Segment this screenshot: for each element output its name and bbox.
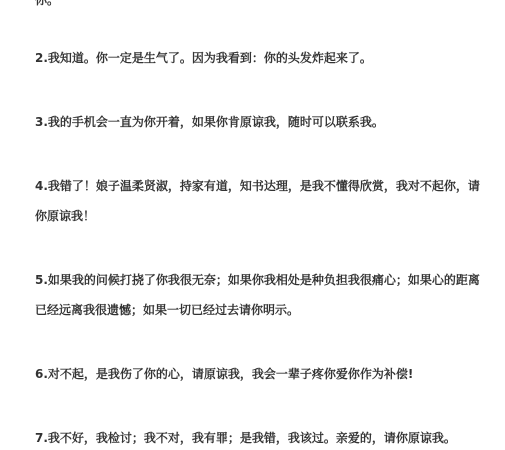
article-page: 你。 2.我知道。你一定是生气了。因为我看到：你的头发炸起来了。 3.我的手机会… [0, 0, 505, 450]
paragraph-6: 6.对不起，是我伤了你的心，请原谅我，我会一辈子疼你爱你作为补偿! [35, 359, 485, 389]
paragraph-7: 7.我不好，我检讨；我不对，我有罪；是我错，我该过。亲爱的，请你原谅我。 [35, 423, 485, 450]
paragraph-5: 5.如果我的问候打挠了你我很无奈；如果你我相处是种负担我很痛心；如果心的距离已经… [35, 265, 485, 325]
paragraph-4: 4.我错了！娘子温柔贤淑，持家有道，知书达理，是我不懂得欣赏，我对不起你，请你原… [35, 171, 485, 231]
paragraph-3: 3.我的手机会一直为你开着，如果你肯原谅我，随时可以联系我。 [35, 107, 485, 137]
paragraph-1-tail: 你。 [35, 0, 485, 15]
paragraph-2: 2.我知道。你一定是生气了。因为我看到：你的头发炸起来了。 [35, 43, 485, 73]
